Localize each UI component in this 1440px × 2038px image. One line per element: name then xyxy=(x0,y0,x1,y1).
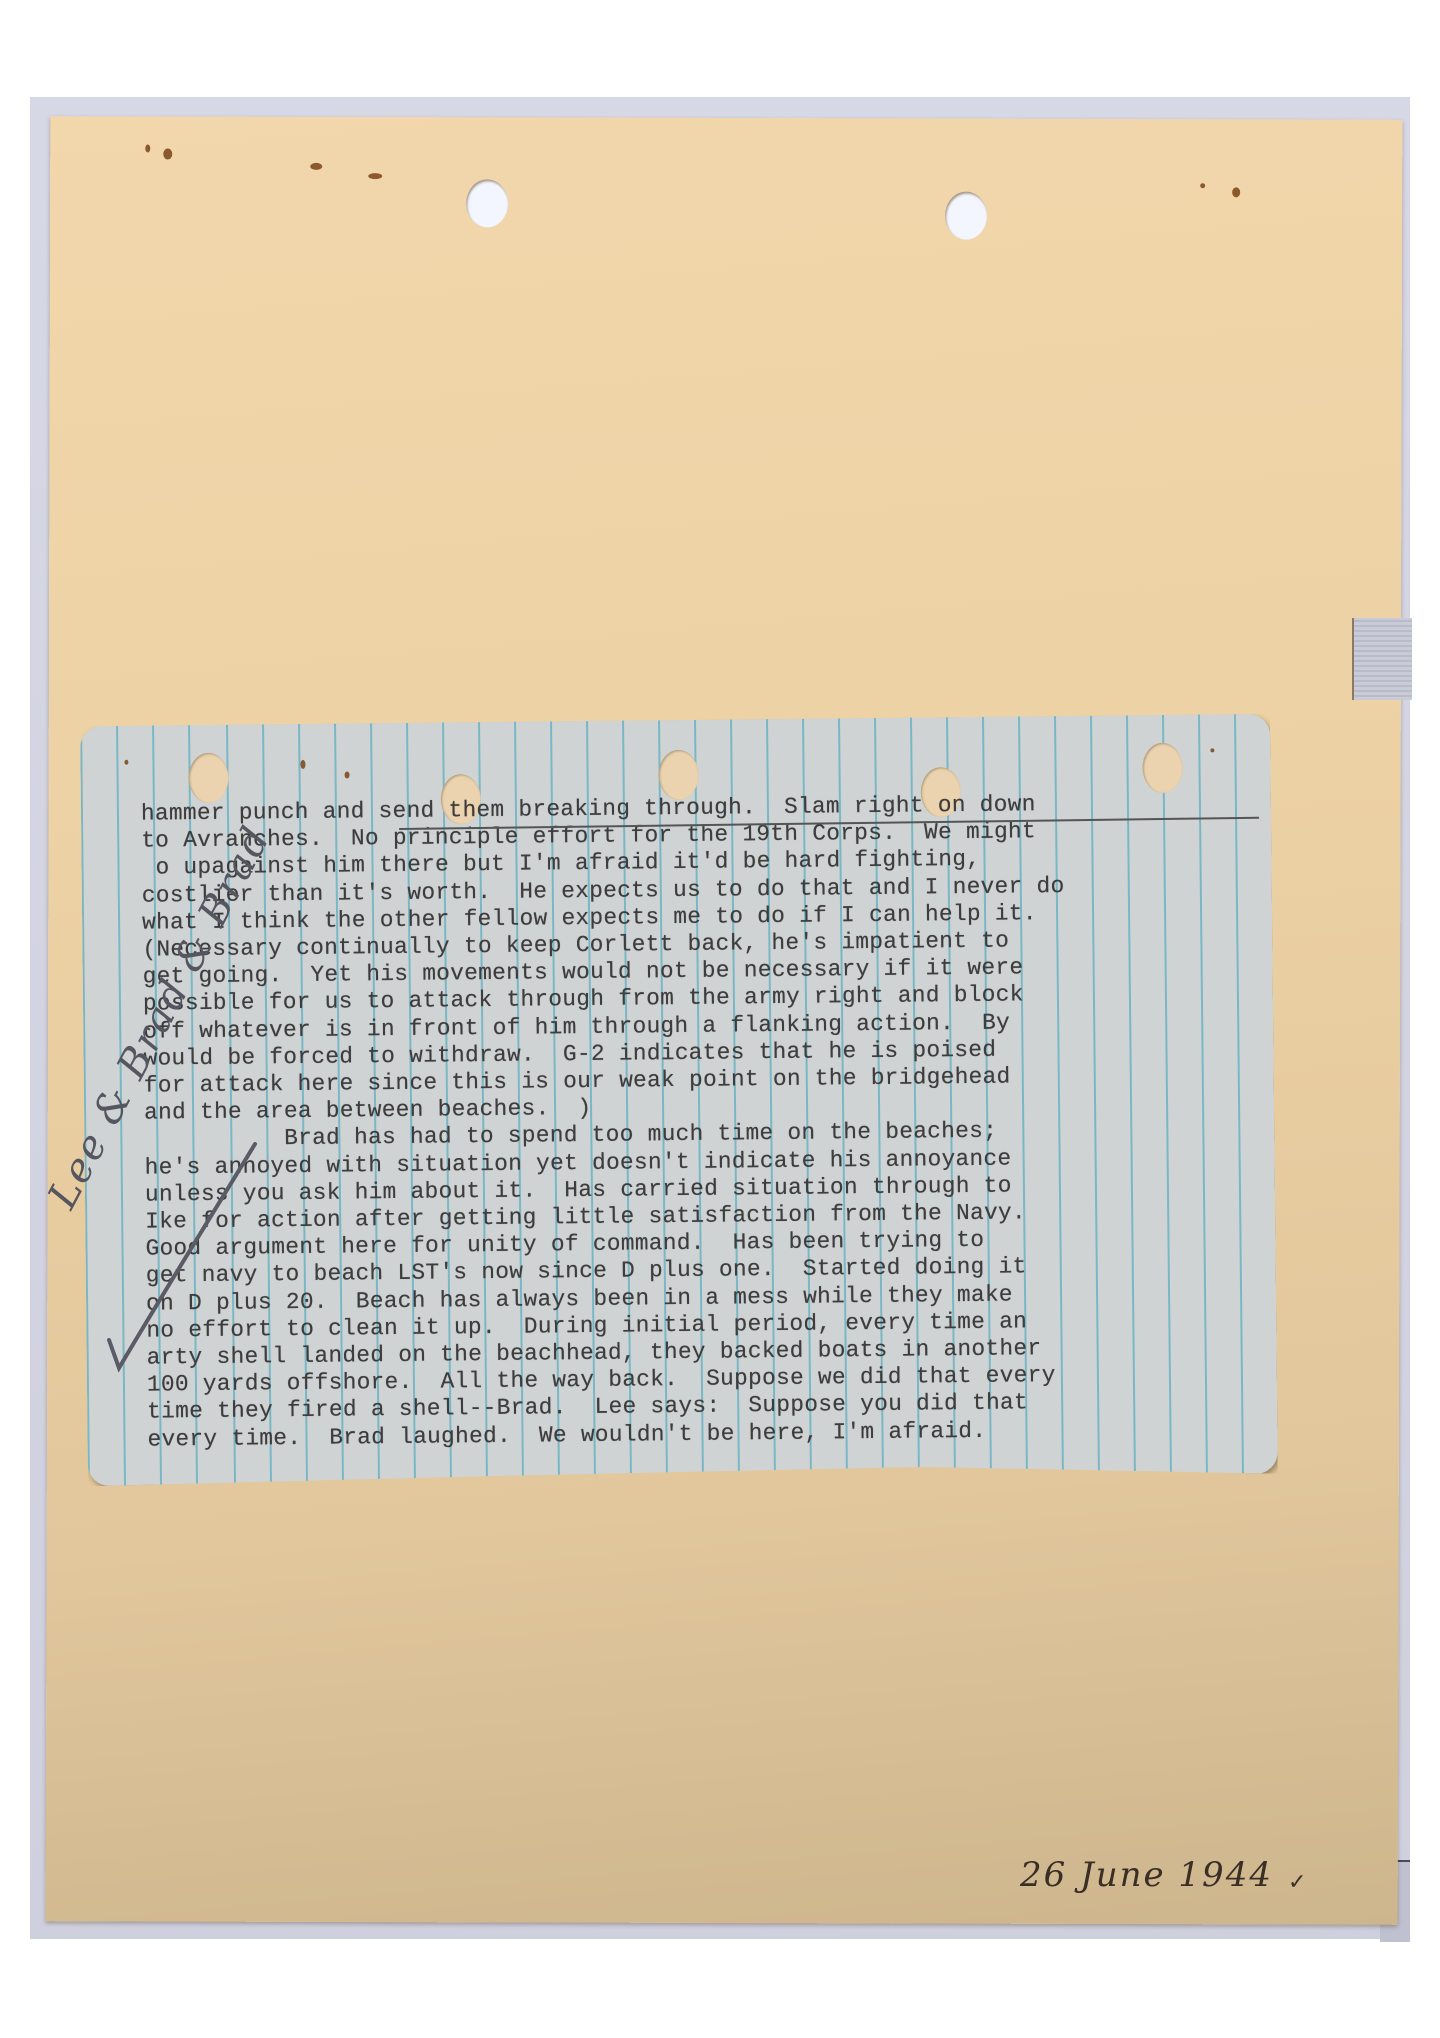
card-punch-hole xyxy=(658,750,699,800)
rust-spot xyxy=(345,771,350,778)
rust-spot xyxy=(145,144,150,152)
rust-spot xyxy=(1232,187,1240,197)
rust-spot xyxy=(124,760,128,765)
card-punch-hole xyxy=(188,753,229,803)
rust-spot xyxy=(300,760,305,769)
card-punch-hole xyxy=(1142,743,1183,793)
pencil-check-mark-icon xyxy=(105,1140,260,1375)
typed-text: hammer punch and send them breaking thro… xyxy=(141,789,1248,1453)
handwritten-date: 26 June 1944 xyxy=(1020,1855,1273,1895)
tape-strip xyxy=(1352,618,1412,700)
punch-hole-left xyxy=(466,179,508,227)
rust-spot xyxy=(163,149,172,160)
corner-check-icon: ✓ xyxy=(1288,1870,1306,1895)
rust-spot xyxy=(368,173,382,179)
rust-spot xyxy=(310,163,322,170)
rust-spot xyxy=(1200,183,1205,188)
rust-spot xyxy=(1210,748,1214,752)
punch-hole-right xyxy=(945,192,987,240)
